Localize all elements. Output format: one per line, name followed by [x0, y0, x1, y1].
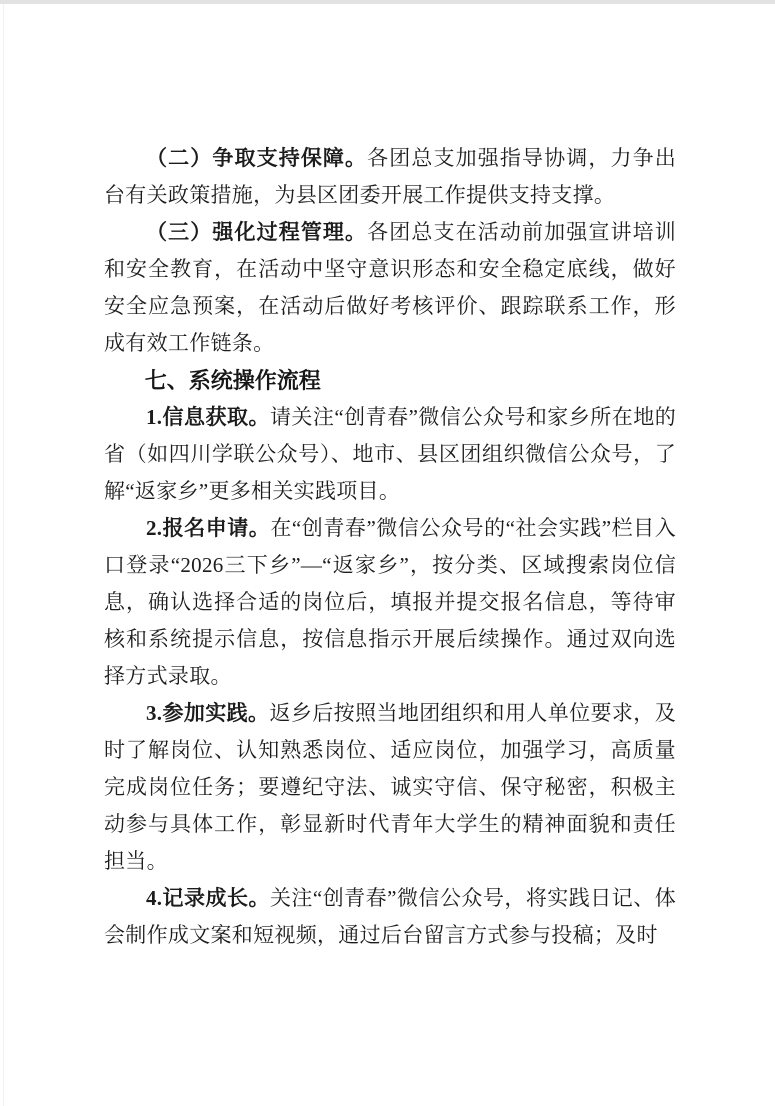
page-top-edge	[0, 0, 775, 4]
step-record-growth: 4.记录成长。关注“创青春”微信公众号，将实践日记、体会制作成文案和短视频，通过…	[104, 880, 676, 954]
step-info-acquisition: 1.信息获取。请关注“创青春”微信公众号和家乡所在地的省（如四川学联公众号）、地…	[104, 399, 676, 510]
step-application: 2.报名申请。在“创青春”微信公众号的“社会实践”栏目入口登录“2026三下乡”…	[104, 510, 676, 695]
step-lead: 2.报名申请。	[146, 516, 270, 540]
step-text: 返乡后按照当地团组织和用人单位要求，及时了解岗位、认知熟悉岗位、适应岗位，加强学…	[104, 701, 676, 873]
paragraph-process-management: （三）强化过程管理。各团总支在活动前加强宣讲培训和安全教育，在活动中坚守意识形态…	[104, 214, 676, 362]
section-heading: 七、系统操作流程	[104, 362, 676, 399]
step-lead: 3.参加实践。	[146, 701, 269, 725]
document-body: （二）争取支持保障。各团总支加强指导协调，力争出台有关政策措施，为县区团委开展工…	[104, 140, 676, 954]
paragraph-lead: （三）强化过程管理。	[146, 220, 367, 244]
step-lead: 4.记录成长。	[146, 886, 270, 910]
step-text: 在“创青春”微信公众号的“社会实践”栏目入口登录“2026三下乡”—“返家乡”，…	[104, 516, 676, 688]
paragraph-lead: （二）争取支持保障。	[146, 146, 367, 170]
step-lead: 1.信息获取。	[146, 405, 270, 429]
page-left-edge	[3, 4, 4, 1106]
step-participate-practice: 3.参加实践。返乡后按照当地团组织和用人单位要求，及时了解岗位、认知熟悉岗位、适…	[104, 695, 676, 880]
paragraph-support-guarantee: （二）争取支持保障。各团总支加强指导协调，力争出台有关政策措施，为县区团委开展工…	[104, 140, 676, 214]
